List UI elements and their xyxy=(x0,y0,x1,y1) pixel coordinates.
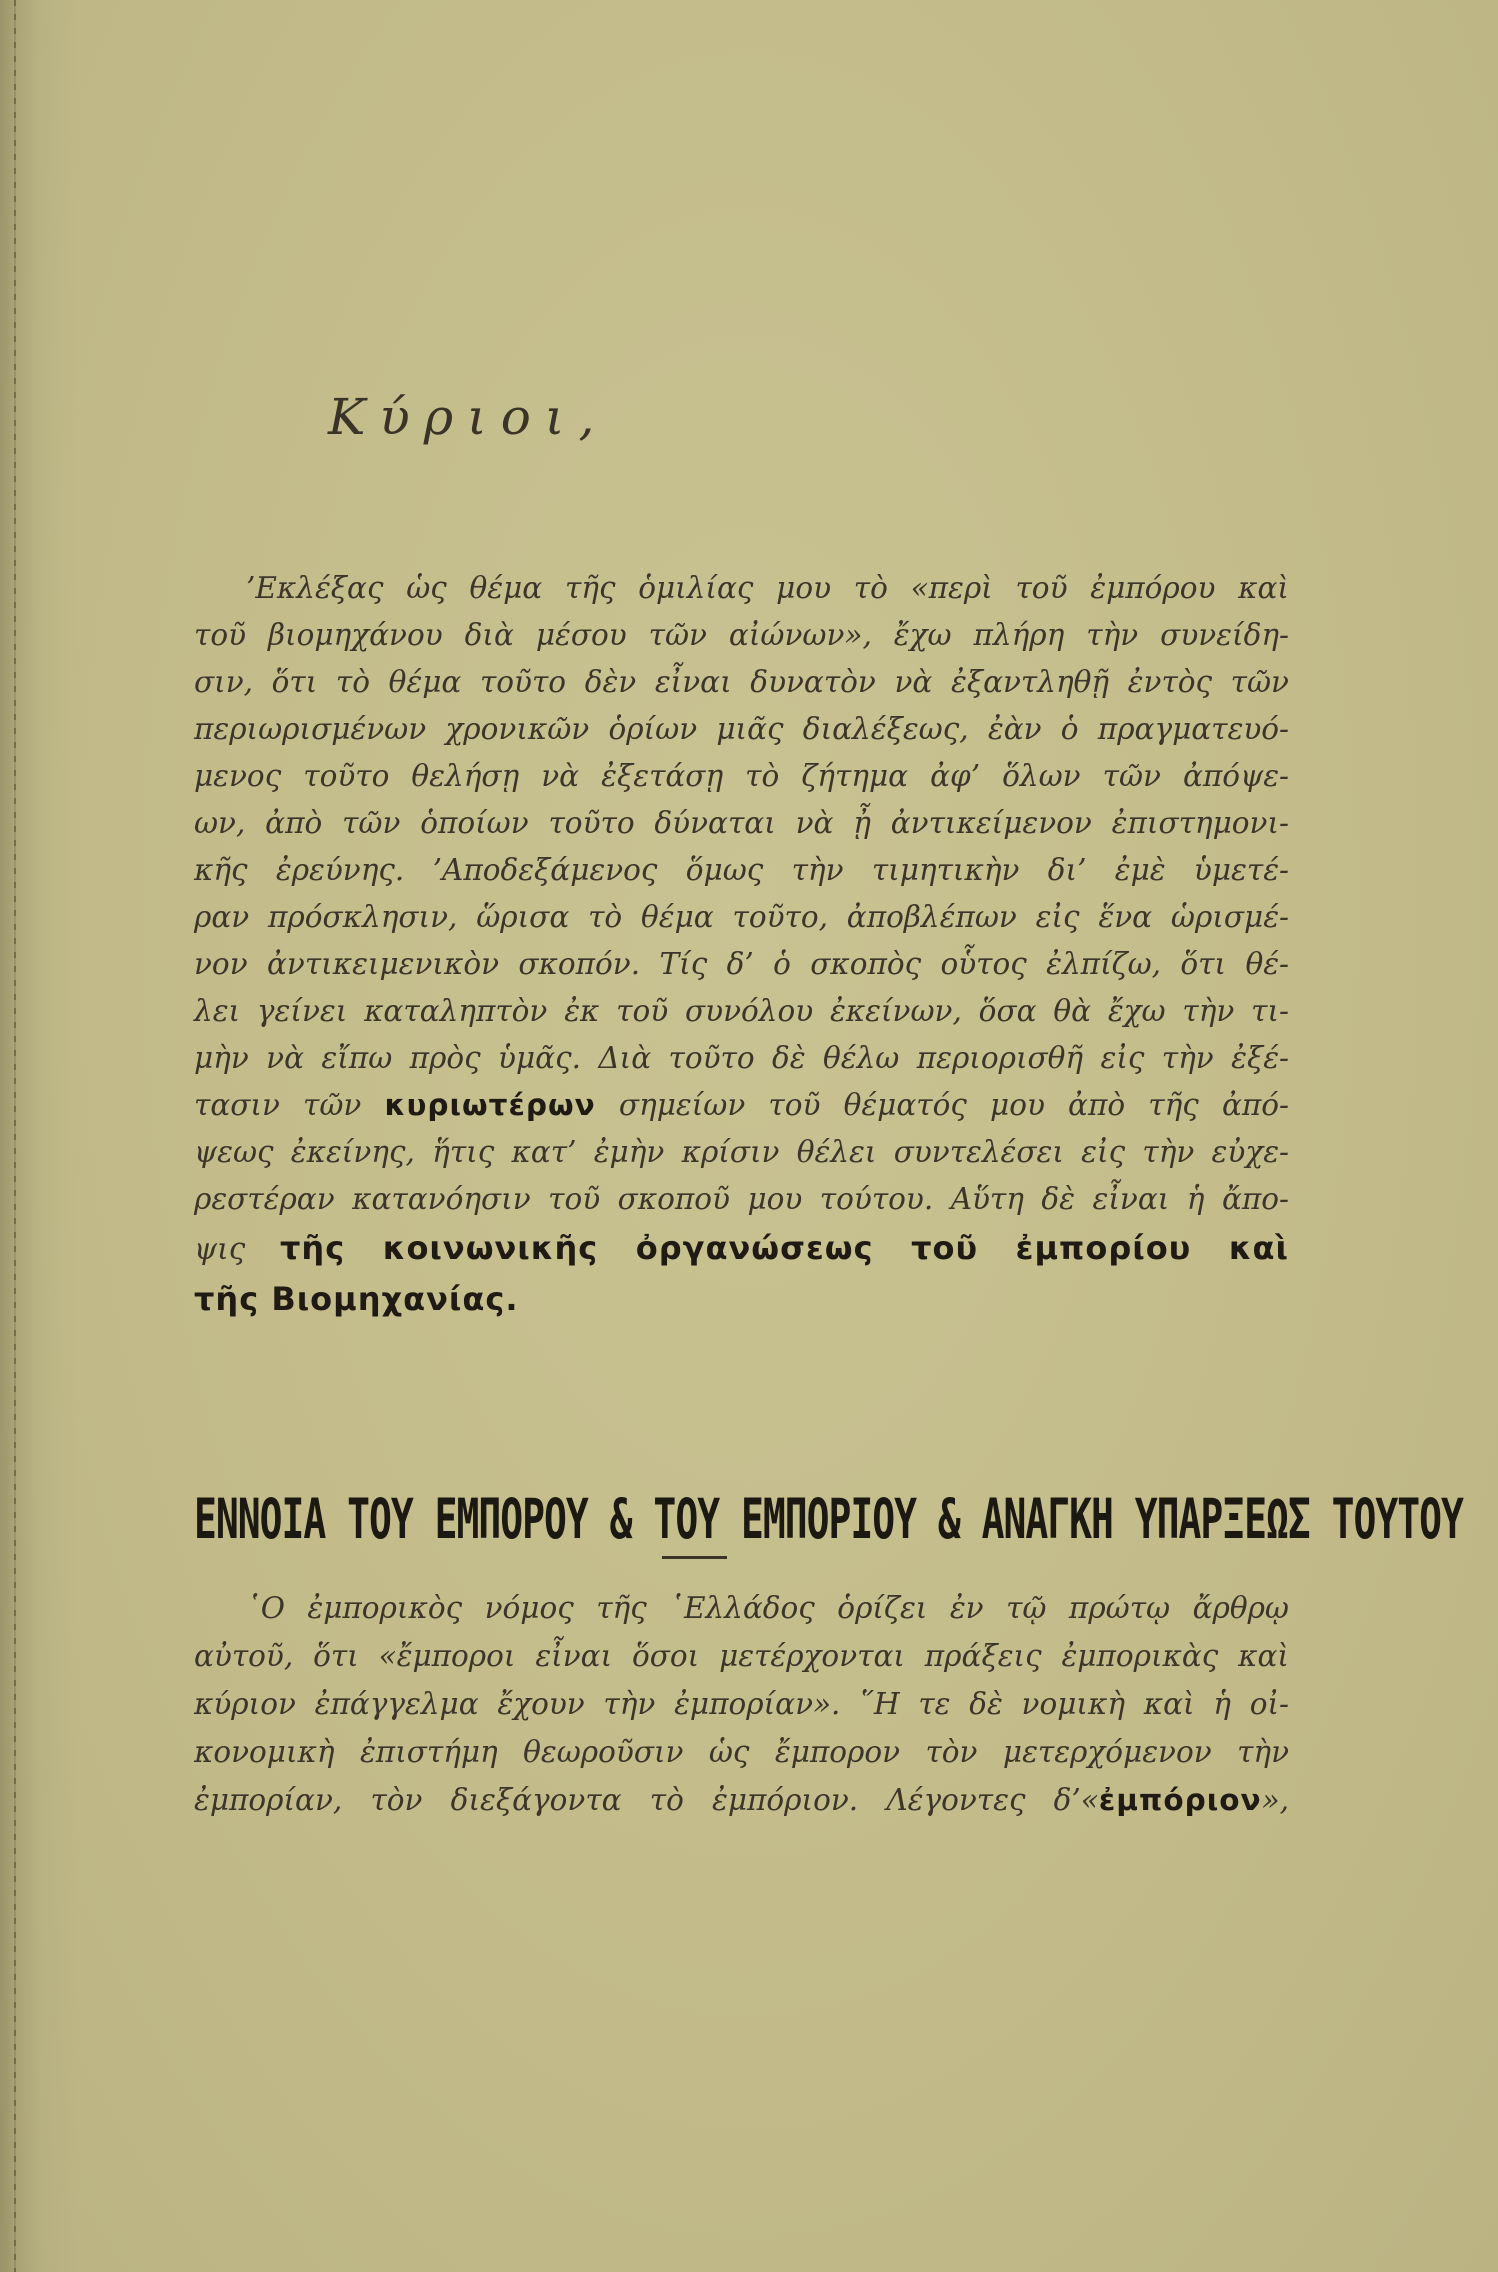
text-run: ἐμπορίαν, τὸν διεξάγοντα τὸ ἐμπόριον. Λέ… xyxy=(194,1783,1099,1817)
heading-divider xyxy=(662,1556,727,1559)
text-line: ψις τῆς κοινωνικῆς ὀργανώσεως τοῦ ἐμπορί… xyxy=(194,1226,1289,1270)
text-line: ρεστέραν κατανόησιν τοῦ σκοποῦ μου τούτο… xyxy=(194,1177,1289,1221)
bold-emphasis: τῆς κοινωνικῆς ὀργανώσεως τοῦ ἐμπορίου κ… xyxy=(280,1229,1289,1267)
bold-emphasis: τῆς Βιομηχανίας. xyxy=(194,1280,518,1318)
text-line: τασιν τῶν κυριωτέρων σημείων τοῦ θέματός… xyxy=(194,1083,1289,1127)
text-line: λει γείνει καταληπτὸν ἐκ τοῦ συνόλου ἐκε… xyxy=(194,989,1289,1033)
text-line: αὐτοῦ, ὅτι «ἔμποροι εἶναι ὅσοι μετέρχοντ… xyxy=(194,1634,1289,1678)
text-line: κῆς ἐρεύνης. ’Αποδεξάμενος ὅμως τὴν τιμη… xyxy=(194,848,1289,892)
text-line: ψεως ἐκείνης, ἥτις κατ’ ἐμὴν κρίσιν θέλε… xyxy=(194,1130,1289,1174)
bold-emphasis: ἐμπόριον xyxy=(1099,1783,1262,1817)
text-line: νον ἀντικειμενικὸν σκοπόν. Τίς δ’ ὁ σκοπ… xyxy=(194,942,1289,986)
text-line: μενος τοῦτο θελήσῃ νὰ ἐξετάσῃ τὸ ζήτημα … xyxy=(194,754,1289,798)
text-line: σιν, ὅτι τὸ θέμα τοῦτο δὲν εἶναι δυνατὸν… xyxy=(194,660,1289,704)
text-line: κονομικὴ ἐπιστήμη θεωροῦσιν ὡς ἔμπορον τ… xyxy=(194,1730,1289,1774)
text-line: μὴν νὰ εἴπω πρὸς ὑμᾶς. Διὰ τοῦτο δὲ θέλω… xyxy=(194,1036,1289,1080)
bold-emphasis: κυριωτέρων xyxy=(385,1088,596,1122)
text-line: τῆς Βιομηχανίας. xyxy=(194,1277,1289,1321)
text-line: ραν πρόσκλησιν, ὥρισα τὸ θέμα τοῦτο, ἀπο… xyxy=(194,895,1289,939)
salutation: Κύριοι, xyxy=(328,388,608,446)
text-run: σημείων τοῦ θέματός μου ἀπὸ τῆς ἀπό- xyxy=(596,1088,1289,1122)
book-page: Κύριοι, ’Εκλέξας ὡς θέμα τῆς ὁμιλίας μου… xyxy=(0,0,1498,2272)
text-run: ψις xyxy=(194,1232,280,1266)
text-line: ἐμπορίαν, τὸν διεξάγοντα τὸ ἐμπόριον. Λέ… xyxy=(194,1778,1289,1822)
text-run: τασιν τῶν xyxy=(194,1088,385,1122)
text-line: ων, ἀπὸ τῶν ὁποίων τοῦτο δύναται νὰ ᾖ ἀν… xyxy=(194,801,1289,845)
section-heading: ΕΝΝΟΙΑ ΤΟΥ ΕΜΠΟΡΟΥ & ΤΟΥ ΕΜΠΟΡΙΟΥ & ΑΝΑΓ… xyxy=(194,1487,1289,1551)
text-run: », xyxy=(1262,1783,1289,1817)
text-line: κύριον ἐπάγγελμα ἔχουν τὴν ἐμπορίαν». ῞Η… xyxy=(194,1682,1289,1726)
text-line: ῾Ο ἐμπορικὸς νόμος τῆς ῾Ελλάδος ὁρίζει ἐ… xyxy=(246,1586,1289,1630)
text-line: ’Εκλέξας ὡς θέμα τῆς ὁμιλίας μου τὸ «περ… xyxy=(246,566,1289,610)
text-line: περιωρισμένων χρονικῶν ὁρίων μιᾶς διαλέξ… xyxy=(194,707,1289,751)
text-line: τοῦ βιομηχάνου διὰ μέσου τῶν αἰώνων», ἔχ… xyxy=(194,613,1289,657)
